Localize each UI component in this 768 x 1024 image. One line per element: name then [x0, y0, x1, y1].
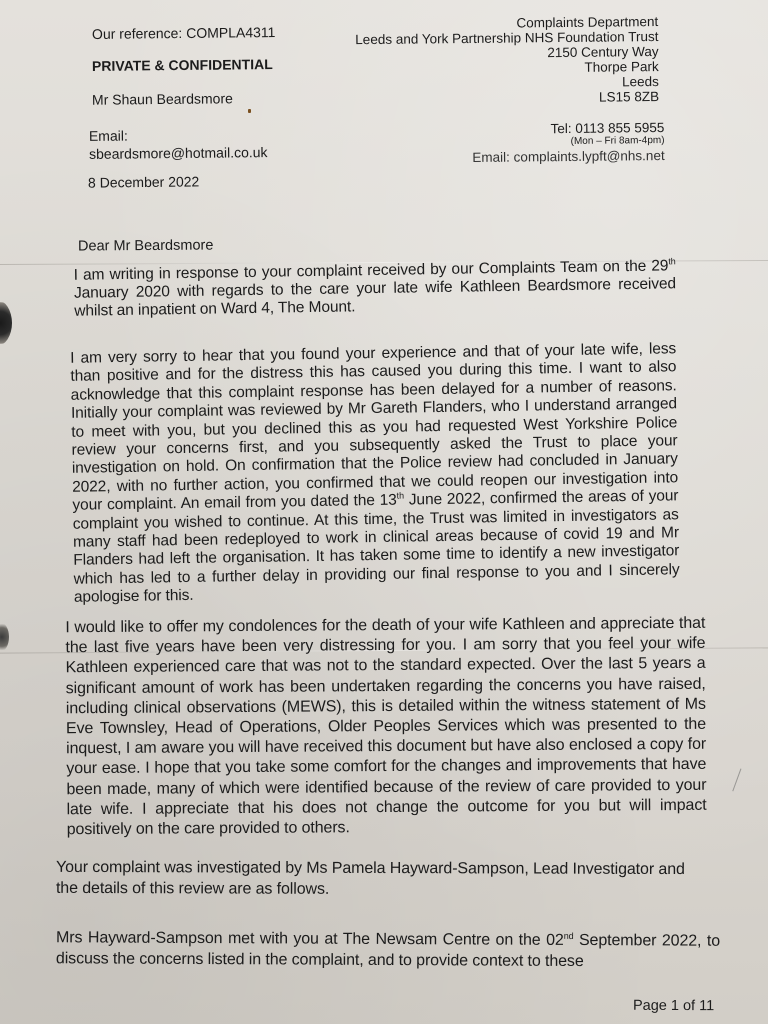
page-indicator: Page 1 of 11	[633, 998, 714, 1014]
recipient-email-label: Email:	[89, 125, 268, 145]
paragraph-meeting: Mrs Hayward-Sampson met with you at The …	[56, 927, 720, 972]
recipient-name: Mr Shaun Beardsmore	[92, 90, 233, 107]
sender-contact: Tel: 0113 855 5955 (Mon – Fri 8am-4pm) E…	[472, 120, 665, 166]
punch-hole	[0, 300, 12, 346]
sender-email: Email: complaints.lypft@nhs.net	[472, 147, 664, 166]
pen-mark	[248, 109, 251, 113]
recipient-email-block: Email: sbeardsmore@hotmail.co.uk	[89, 125, 268, 163]
paragraph-apology: I am very sorry to hear that you found y…	[70, 340, 680, 607]
letter-date: 8 December 2022	[88, 173, 199, 190]
paragraph-condolences: I would like to offer my condolences for…	[65, 614, 707, 841]
punch-hole	[0, 622, 9, 652]
sender-address-line2: Thorpe Park	[355, 59, 658, 77]
paragraph-investigator: Your complaint was investigated by Ms Pa…	[56, 857, 696, 901]
paragraph-intro: I am writing in response to your complai…	[74, 257, 677, 321]
reference-number: Our reference: COMPLA4311	[92, 24, 276, 42]
pencil-mark	[732, 769, 752, 796]
sender-postcode: LS15 8ZB	[356, 89, 659, 107]
confidentiality-heading: PRIVATE & CONFIDENTIAL	[92, 56, 273, 74]
salutation: Dear Mr Beardsmore	[78, 238, 213, 255]
sender-address: Complaints Department Leeds and York Par…	[355, 14, 659, 107]
recipient-email: sbeardsmore@hotmail.co.uk	[89, 143, 268, 163]
